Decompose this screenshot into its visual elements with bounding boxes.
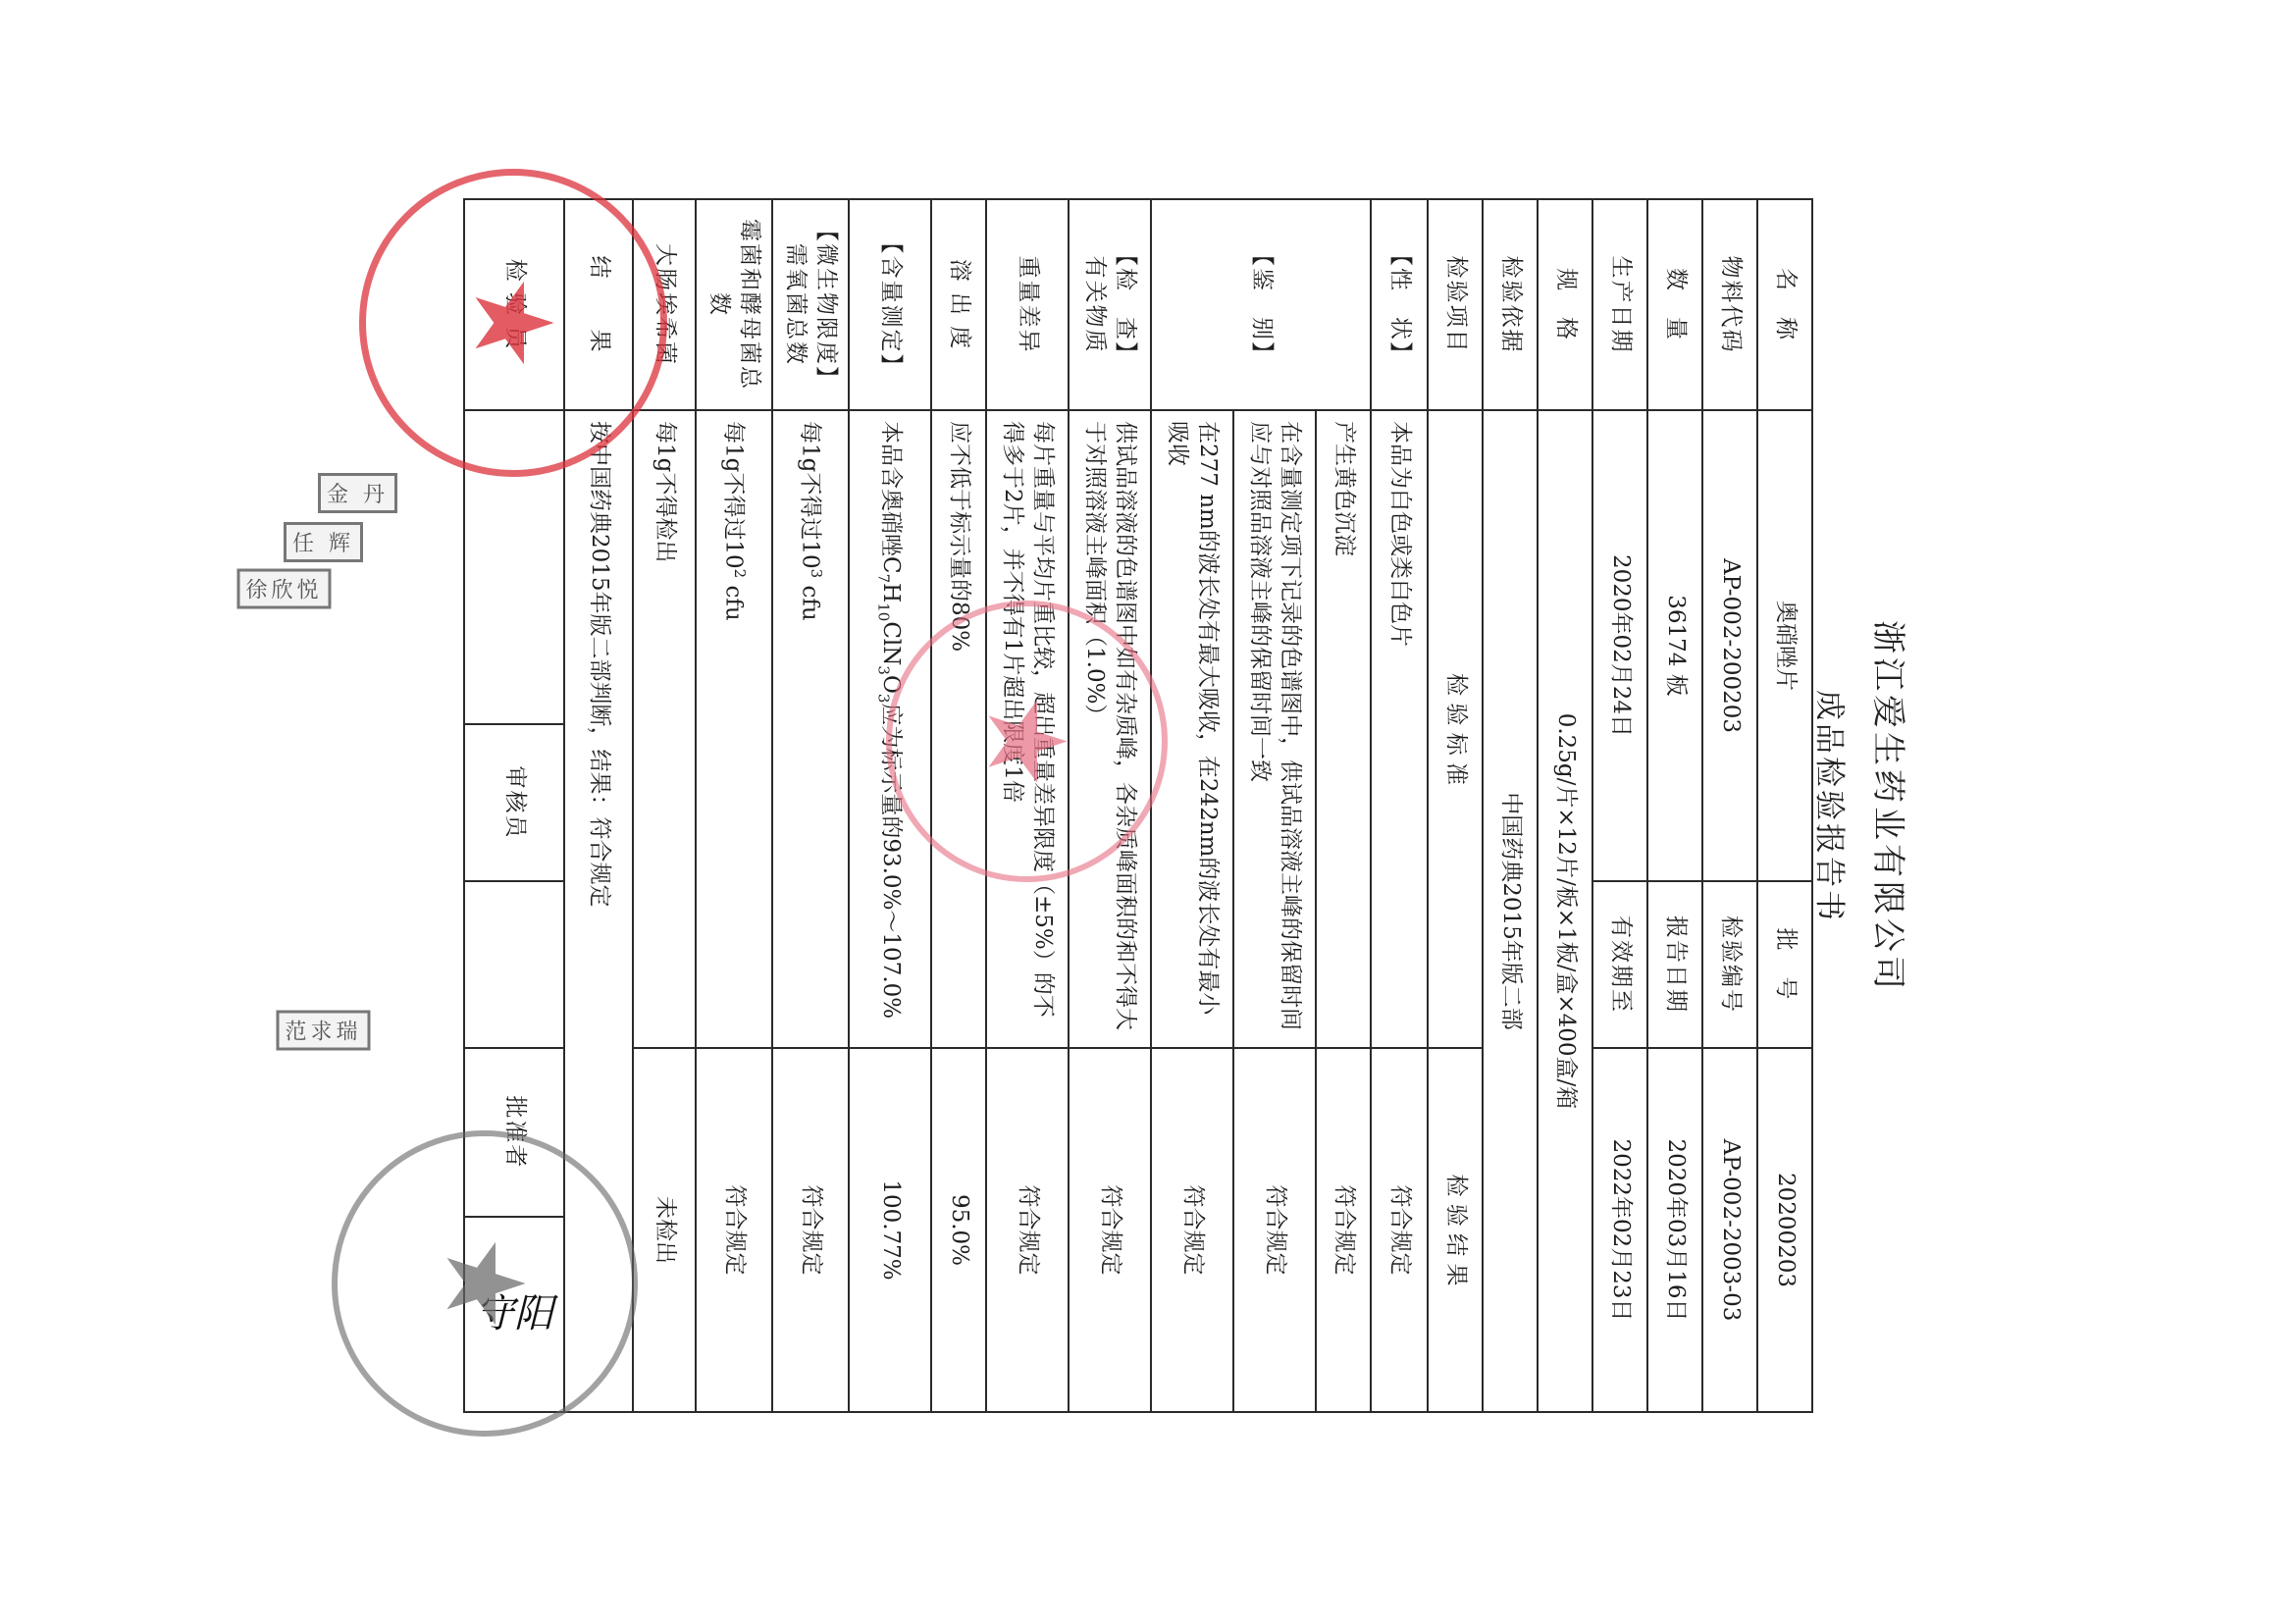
row-dissolution: 溶 出 度 应不低于标示量的80% 95.0%	[931, 199, 986, 1412]
reviewer-label: 审核员	[464, 724, 564, 881]
assay-result: 100.77%	[849, 1048, 931, 1412]
report-date-label: 报告日期	[1647, 881, 1702, 1048]
col-header-standard: 检 验 标 准	[1428, 410, 1483, 1048]
microbial-label: 【微生物限度】	[810, 210, 841, 399]
microbial-standard-2: 每1g不得过102 cfu	[696, 410, 772, 1048]
formula-cln: ClN	[878, 621, 904, 665]
approver-label: 批准者	[465, 1049, 563, 1218]
row-appearance: 【性 状】 本品为白色或类白色片 符合规定	[1371, 199, 1428, 1412]
formula-o: O	[878, 675, 904, 694]
row-microbial-2: 霉菌和酵母菌总数 每1g不得过102 cfu 符合规定	[696, 199, 772, 1412]
row-microbial-3: 大肠埃希菌 每1g不得检出 未检出	[633, 199, 696, 1412]
microbial-standard-2-text: 每1g不得过10	[721, 421, 747, 569]
report-table: 名 称 奥硝唑片 批 号 20200203 物料代码 AP-002-200203…	[463, 198, 1813, 1413]
microbial-standard-1: 每1g不得过103 cfu	[772, 410, 849, 1048]
identification-result-1: 符合规定	[1316, 1048, 1371, 1412]
name-value: 奥硝唑片	[1757, 410, 1812, 881]
row-assay: 【含量测定】 本品含奥硝唑C7H10ClN3O3应为标示量的93.0%～107.…	[849, 199, 931, 1412]
row-conclusion: 结 果 按中国药典2015年版二部判断，结果：符合规定	[564, 199, 633, 1412]
material-code-label: 物料代码	[1702, 199, 1757, 410]
row-name: 名 称 奥硝唑片 批 号 20200203	[1757, 199, 1812, 1412]
dissolution-result: 95.0%	[931, 1048, 986, 1412]
microbial-result-2: 符合规定	[696, 1048, 772, 1412]
name-label: 名 称	[1757, 199, 1812, 410]
basis-label: 检验依据	[1483, 199, 1538, 410]
col-header-item: 检验项目	[1428, 199, 1483, 410]
appearance-result: 符合规定	[1371, 1048, 1428, 1412]
report-title: 成品检验报告书	[1810, 198, 1854, 1415]
spec-label: 规 格	[1538, 199, 1592, 410]
row-signatures: 检 验 员 审核员 批准者 守阳	[464, 199, 564, 1412]
related-substances-label: 有关物质	[1079, 210, 1110, 399]
microbial-standard-1-exp: 3	[808, 569, 825, 579]
assay-standard-suffix: 应为标示量的93.0%～107.0%	[878, 703, 904, 1019]
company-name: 浙江爱生药业有限公司	[1867, 198, 1915, 1415]
inspector-signature-cell	[464, 410, 564, 724]
report-no-label: 检验编号	[1702, 881, 1757, 1048]
row-microbial-1: 【微生物限度】 需氧菌总数 每1g不得过103 cfu 符合规定	[772, 199, 849, 1412]
microbial-standard-2-unit: cfu	[721, 578, 747, 621]
conclusion-label: 结 果	[564, 199, 633, 410]
formula-sub-h: 10	[875, 602, 893, 621]
microbial-standard-2-exp: 2	[731, 569, 749, 579]
row-spec: 规 格 0.25g/片×12片/板×1板/盒×400盒/箱	[1538, 199, 1592, 1412]
microbial-item-label-3: 大肠埃希菌	[633, 199, 696, 410]
report-no-value: AP-002-2003-03	[1702, 1048, 1757, 1412]
row-column-headers: 检验项目 检 验 标 准 检 验 结 果	[1428, 199, 1483, 1412]
row-identification-1: 【鉴 别】 产生黄色沉淀 符合规定	[1316, 199, 1371, 1412]
inspector-stamp-3: 徐欣悦	[236, 569, 331, 609]
check-label: 【检 查】	[1110, 210, 1140, 399]
report-date-value: 2020年03月16日	[1647, 1048, 1702, 1412]
approver-cell: 批准者 守阳	[464, 1048, 564, 1412]
row-production-date: 生产日期 2020年02月24日 有效期至 2022年02月23日	[1592, 199, 1647, 1412]
assay-label: 【含量测定】	[849, 199, 931, 410]
identification-result-3: 符合规定	[1151, 1048, 1233, 1412]
microbial-item-label-2: 霉菌和酵母菌总数	[696, 199, 772, 410]
batch-label: 批 号	[1757, 881, 1812, 1048]
dissolution-label: 溶 出 度	[931, 199, 986, 410]
production-date-label: 生产日期	[1592, 199, 1647, 410]
conclusion-text: 按中国药典2015年版二部判断，结果：符合规定	[564, 410, 633, 1412]
reviewer-stamp: 范求瑞	[276, 1011, 370, 1051]
reviewer-signature-cell	[464, 881, 564, 1048]
production-date-value: 2020年02月24日	[1592, 410, 1647, 881]
appearance-standard: 本品为白色或类白色片	[1371, 410, 1428, 1048]
identification-standard-1: 产生黄色沉淀	[1316, 410, 1371, 1048]
assay-standard: 本品含奥硝唑C7H10ClN3O3应为标示量的93.0%～107.0%	[849, 410, 931, 1048]
expiry-value: 2022年02月23日	[1592, 1048, 1647, 1412]
formula-sub-n: 3	[875, 665, 893, 675]
row-weight-variation: 重量差异 每片重量与平均片重比较，超出重量差异限度（±5%）的不得多于2片，并不…	[986, 199, 1069, 1412]
assay-standard-prefix: 本品含奥硝唑C	[878, 421, 904, 574]
batch-value: 20200203	[1757, 1048, 1812, 1412]
quantity-label: 数 量	[1647, 199, 1702, 410]
microbial-standard-1-unit: cfu	[798, 578, 823, 621]
microbial-standard-1-text: 每1g不得过10	[798, 421, 823, 569]
microbial-label-cell: 【微生物限度】 需氧菌总数	[772, 199, 849, 410]
related-substances-result: 符合规定	[1069, 1048, 1151, 1412]
formula-h: H	[878, 583, 904, 602]
microbial-result-1: 符合规定	[772, 1048, 849, 1412]
basis-value: 中国药典2015年版二部	[1483, 410, 1538, 1412]
expiry-label: 有效期至	[1592, 881, 1647, 1048]
weight-variation-result: 符合规定	[986, 1048, 1069, 1412]
row-related-substances: 【检 查】 有关物质 供试品溶液的色谱图中如有杂质峰，各杂质峰面积的和不得大于对…	[1069, 199, 1151, 1412]
appearance-label: 【性 状】	[1371, 199, 1428, 410]
spec-value: 0.25g/片×12片/板×1板/盒×400盒/箱	[1538, 410, 1592, 1412]
inspector-stamp-2: 任 辉	[284, 522, 363, 562]
inspector-stamp-1: 金 丹	[318, 473, 397, 513]
col-header-result: 检 验 结 果	[1428, 1048, 1483, 1412]
microbial-item-label-1: 需氧菌总数	[780, 210, 810, 399]
identification-label: 【鉴 别】	[1151, 199, 1371, 410]
row-basis: 检验依据 中国药典2015年版二部	[1483, 199, 1538, 1412]
inspector-label: 检 验 员	[464, 199, 564, 410]
weight-variation-standard: 每片重量与平均片重比较，超出重量差异限度（±5%）的不得多于2片，并不得有1片超…	[986, 410, 1069, 1048]
formula-sub-c: 7	[875, 574, 893, 584]
identification-standard-3: 在277 nm的波长处有最大吸收，在242nm的波长处有最小吸收	[1151, 410, 1233, 1048]
row-quantity: 数 量 36174 板 报告日期 2020年03月16日	[1647, 199, 1702, 1412]
formula-sub-o: 3	[875, 694, 893, 704]
identification-result-2: 符合规定	[1233, 1048, 1316, 1412]
approver-signature: 守阳	[475, 1287, 553, 1340]
material-code-value: AP-002-200203	[1702, 410, 1757, 881]
approver-signature-box: 守阳	[465, 1218, 563, 1411]
inspection-report-sheet: 浙江爱生药业有限公司 成品检验报告书 名 称 奥硝唑片 批 号 20200203…	[245, 198, 1933, 1415]
related-substances-standard: 供试品溶液的色谱图中如有杂质峰，各杂质峰面积的和不得大于对照溶液主峰面积（1.0…	[1069, 410, 1151, 1048]
quantity-value: 36174 板	[1647, 410, 1702, 881]
row-material: 物料代码 AP-002-200203 检验编号 AP-002-2003-03	[1702, 199, 1757, 1412]
microbial-result-3: 未检出	[633, 1048, 696, 1412]
identification-standard-2: 在含量测定项下记录的色谱图中，供试品溶液主峰的保留时间应与对照品溶液主峰的保留时…	[1233, 410, 1316, 1048]
microbial-standard-3: 每1g不得检出	[633, 410, 696, 1048]
weight-variation-label: 重量差异	[986, 199, 1069, 410]
dissolution-standard: 应不低于标示量的80%	[931, 410, 986, 1048]
check-label-cell: 【检 查】 有关物质	[1069, 199, 1151, 410]
